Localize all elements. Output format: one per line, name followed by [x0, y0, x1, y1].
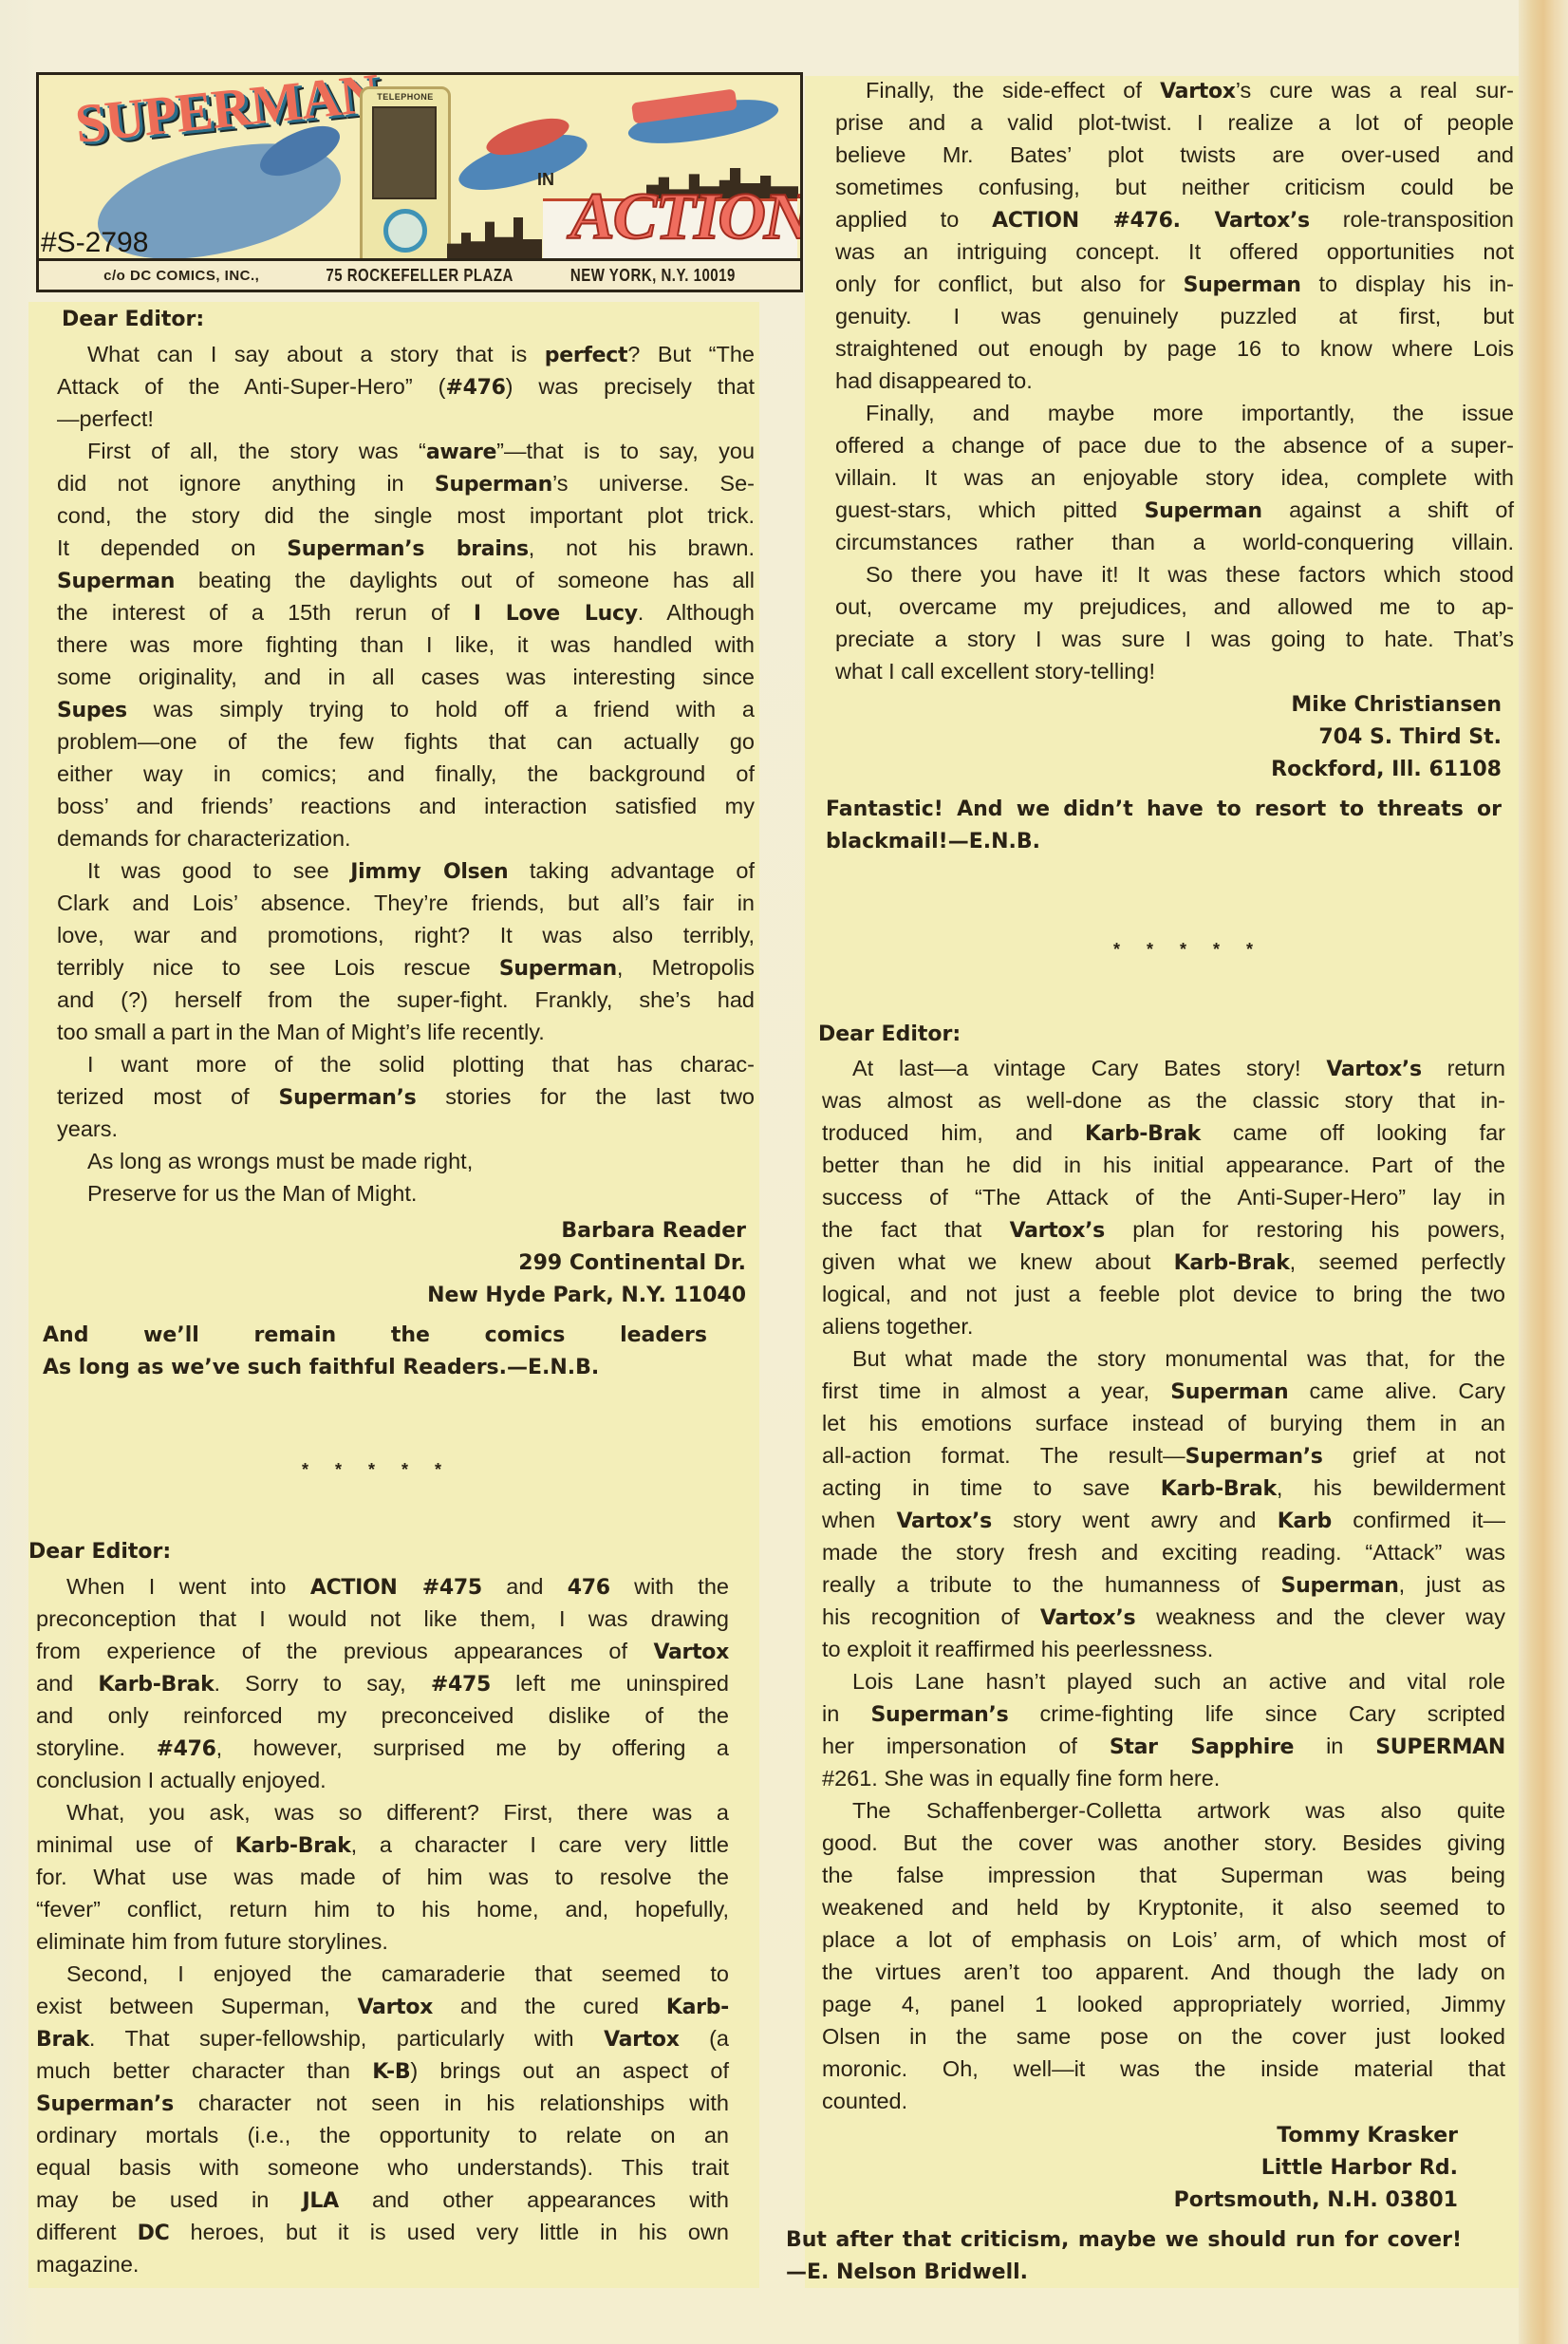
signature-line: New Hyde Park, N.Y. 11040	[252, 1282, 746, 1310]
editor-reply-line: —E. Nelson Bridwell.	[786, 2259, 1462, 2287]
letter1-line: Clark and Lois’ absence. They’re friends…	[57, 889, 755, 917]
letter3-line: At last—a vintage Cary Bates story! Vart…	[852, 1054, 1505, 1082]
separator-stars: *****	[302, 1460, 587, 1480]
editor-reply-line: blackmail!—E.N.B.	[826, 828, 1502, 856]
letter3-line: the fact that Vartox’s plan for restorin…	[822, 1215, 1505, 1244]
letter2-cont-line: offered a change of pace due to the abse…	[835, 431, 1514, 459]
salutation: Dear Editor:	[28, 1538, 408, 1566]
letter3-line: the false impression that Superman was b…	[822, 1861, 1505, 1889]
letter2-line: much better character than K-B) brings o…	[36, 2056, 729, 2085]
letter2-cont-line: had disappeared to.	[835, 366, 1514, 395]
letter2-line: from experience of the previous appearan…	[36, 1637, 729, 1665]
signature-line: Tommy Krasker	[964, 2122, 1458, 2150]
letter1-line: What can I say about a story that is per…	[87, 340, 755, 368]
letter2-cont-line: Finally, and maybe more importantly, the…	[866, 399, 1514, 427]
letter1-line: Superman beating the daylights out of so…	[57, 566, 755, 594]
letter3-line: logical, and not just a feeble plot devi…	[822, 1280, 1505, 1308]
letter1-line: Supes was simply trying to hold off a fr…	[57, 695, 755, 723]
letter3-line: moronic. Oh, well—it was the inside mate…	[822, 2054, 1505, 2083]
page-spine	[1519, 0, 1568, 2344]
publisher-name: c/o DC COMICS, INC.,	[103, 268, 259, 284]
letter2-cont-line: prise and a valid plot-twist. I realize …	[835, 108, 1514, 137]
letter3-line: the virtues aren’t too apparent. And tho…	[822, 1958, 1505, 1986]
letter2-line: minimal use of Karb-Brak, a character I …	[36, 1830, 729, 1859]
editor-reply-line: Fantastic! And we didn’t have to resort …	[826, 796, 1502, 824]
letter3-line: let his emotions surface instead of bury…	[822, 1409, 1505, 1437]
letter1-line: did not ignore anything in Superman’s un…	[57, 469, 755, 497]
letter2-line: exist between Superman, Vartox and the c…	[36, 1992, 729, 2020]
letter2-cont-line: Finally, the side-effect of Vartox’s cur…	[866, 76, 1514, 104]
letter2-cont-line: what I call excellent story-telling!	[835, 657, 1514, 685]
letter3-line: page 4, panel 1 looked appropriately wor…	[822, 1990, 1505, 2018]
letter1-line: First of all, the story was “aware”—that…	[87, 437, 755, 465]
letter2-line: eliminate him from future storylines.	[36, 1927, 729, 1956]
letter3-line: place a lot of emphasis on Lois’ arm, of…	[822, 1925, 1505, 1954]
letter2-line: and only reinforced my preconceived disl…	[36, 1701, 729, 1730]
signature-line: Barbara Reader	[252, 1217, 746, 1246]
letter1-line: love, war and promotions, right? It was …	[57, 921, 755, 949]
publisher-city: NEW YORK, N.Y. 10019	[570, 266, 736, 285]
letter2-cont-line: preciate a story I was sure I was going …	[835, 625, 1514, 653]
skyline-lower	[447, 217, 542, 261]
letter1-line: years.	[57, 1115, 755, 1143]
letter1-line: some originality, and in all cases was i…	[57, 663, 755, 691]
separator-stars: *****	[1113, 940, 1398, 960]
letter1-line: cond, the story did the single most impo…	[57, 501, 755, 530]
letter2-cont-line: villain. It was an enjoyable story idea,…	[835, 463, 1514, 492]
action-logo: ACTION	[570, 179, 803, 255]
letter2-line: magazine.	[36, 2250, 729, 2278]
salutation: Dear Editor:	[818, 1021, 1198, 1049]
signature-line: Mike Christiansen	[1008, 691, 1502, 720]
letter2-cont-line: circumstances rather than a world-conque…	[835, 528, 1514, 556]
letter2-cont-line: applied to ACTION #476. Vartox’s role-tr…	[835, 205, 1514, 234]
letter2-cont-line: only for conflict, but also for Superman…	[835, 270, 1514, 298]
letter3-line: But what made the story monumental was t…	[852, 1344, 1505, 1373]
letter2-cont-line: genuity. I was genuinely puzzled at firs…	[835, 302, 1514, 330]
letter3-line: better than he did in his initial appear…	[822, 1151, 1505, 1179]
letter2-cont-line: was an intriguing concept. It offered op…	[835, 237, 1514, 266]
letter2-line: When I went into ACTION #475 and 476 wit…	[66, 1572, 729, 1601]
letter3-line: weakened and held by Kryptonite, it also…	[822, 1893, 1505, 1922]
letter1-line: boss’ and friends’ reactions and interac…	[57, 792, 755, 820]
letter3-line: all-action format. The result—Superman’s…	[822, 1441, 1505, 1470]
letter1-line: either way in comics; and finally, the b…	[57, 759, 755, 788]
header-artwork: SUPERMAN TELEPHONE IN ACTION #S-2798	[39, 75, 800, 261]
letter3-line: his recognition of Vartox’s weakness and…	[822, 1603, 1505, 1631]
signature-line: Little Harbor Rd.	[964, 2154, 1458, 2183]
letter1-line: there was more fighting than I like, it …	[57, 630, 755, 659]
letter1-line: It depended on Superman’s brains, not hi…	[57, 534, 755, 562]
letter2-line: may be used in JLA and other appearances…	[36, 2185, 729, 2214]
editor-reply-line: As long as we’ve such faithful Readers.—…	[43, 1354, 707, 1382]
booth-dial	[383, 209, 427, 253]
letter1-line: demands for characterization.	[57, 824, 755, 853]
letter3-line: when Vartox’s story went awry and Karb c…	[822, 1506, 1505, 1534]
signature-line: Rockford, Ill. 61108	[1008, 756, 1502, 784]
letter3-line: acting in time to save Karb-Brak, his be…	[822, 1473, 1505, 1502]
publisher-address: c/o DC COMICS, INC., 75 ROCKEFELLER PLAZ…	[39, 258, 800, 290]
letter3-line: first time in almost a year, Superman ca…	[822, 1377, 1505, 1405]
letter2-cont-line: out, overcame my prejudices, and allowed…	[835, 592, 1514, 621]
letter2-cont-line: believe Mr. Bates’ plot twists are over-…	[835, 141, 1514, 169]
letter1-line: the interest of a 15th rerun of I Love L…	[57, 598, 755, 627]
letter3-line: aliens together.	[822, 1312, 1505, 1341]
letter3-line: given what we knew about Karb-Brak, seem…	[822, 1247, 1505, 1276]
letter3-line: good. But the cover was another story. B…	[822, 1828, 1505, 1857]
letter3-line: success of “The Attack of the Anti-Super…	[822, 1183, 1505, 1211]
header-code: #S-2798	[41, 227, 148, 259]
letter2-line: What, you ask, was so different? First, …	[66, 1798, 729, 1827]
editor-reply-line: And we’ll remain the comics leaders	[43, 1322, 707, 1350]
letter1-line: It was good to see Jimmy Olsen taking ad…	[87, 856, 755, 885]
letter1-line: —perfect!	[57, 404, 755, 433]
letter3-line: Olsen in the same pose on the cover just…	[822, 2022, 1505, 2051]
publisher-street: 75 ROCKEFELLER PLAZA	[326, 266, 513, 285]
letter2-line: Superman’s character not seen in his rel…	[36, 2089, 729, 2117]
letter3-line: in Superman’s crime-fighting life since …	[822, 1699, 1505, 1728]
letter1-line: terized most of Superman’s stories for t…	[57, 1082, 755, 1111]
letter2-line: for. What use was made of him was to res…	[36, 1863, 729, 1891]
letter2-line: conclusion I actually enjoyed.	[36, 1766, 729, 1794]
letter2-line: and Karb-Brak. Sorry to say, #475 left m…	[36, 1669, 729, 1697]
signature-line: Portsmouth, N.H. 03801	[964, 2186, 1458, 2215]
letter3-line: Lois Lane hasn’t played such an active a…	[852, 1667, 1505, 1696]
letter2-cont-line: straightened out enough by page 16 to kn…	[835, 334, 1514, 363]
booth-sign: TELEPHONE	[363, 92, 448, 102]
letter3-line: to exploit it reaffirmed his peerlessnes…	[822, 1635, 1505, 1663]
letter2-cont-line: guest-stars, which pitted Superman again…	[835, 496, 1514, 524]
letter2-line: ordinary mortals (i.e., the opportunity …	[36, 2121, 729, 2149]
telephone-booth: TELEPHONE	[360, 86, 451, 267]
letter2-line: Brak. That super-fellowship, particularl…	[36, 2024, 729, 2053]
letter3-line: her impersonation of Star Sapphire in SU…	[822, 1732, 1505, 1760]
letter1-line: As long as wrongs must be made right,	[87, 1147, 755, 1175]
letter3-line: #261. She was in equally fine form here.	[822, 1764, 1505, 1792]
letter1-line: Preserve for us the Man of Might.	[87, 1179, 755, 1208]
letter1-line: problem—one of the few fights that can a…	[57, 727, 755, 756]
letter2-cont-line: sometimes confusing, but neither critici…	[835, 173, 1514, 201]
salutation: Dear Editor:	[62, 306, 441, 334]
letter1-line: Attack of the Anti-Super-Hero” (#476) wa…	[57, 372, 755, 401]
letter3-line: was almost as well-done as the classic s…	[822, 1086, 1505, 1115]
letter3-line: made the story fresh and exciting readin…	[822, 1538, 1505, 1566]
letter2-line: storyline. #476, however, surprised me b…	[36, 1734, 729, 1762]
booth-window	[372, 106, 437, 199]
letter2-line: preconception that I would not like them…	[36, 1604, 729, 1633]
letter3-line: counted.	[822, 2087, 1505, 2115]
letter2-line: equal basis with someone who understands…	[36, 2153, 729, 2182]
letter2-line: “fever” conflict, return him to his home…	[36, 1895, 729, 1923]
letter3-line: really a tribute to the humanness of Sup…	[822, 1570, 1505, 1599]
signature-line: 704 S. Third St.	[1008, 723, 1502, 752]
letter2-line: Second, I enjoyed the camaraderie that s…	[66, 1960, 729, 1988]
letter1-line: too small a part in the Man of Might’s l…	[57, 1018, 755, 1046]
letter1-line: terribly nice to see Lois rescue Superma…	[57, 953, 755, 982]
letter3-line: troduced him, and Karb-Brak came off loo…	[822, 1118, 1505, 1147]
letter2-line: different DC heroes, but it is used very…	[36, 2218, 729, 2246]
signature-line: 299 Continental Dr.	[252, 1249, 746, 1278]
letter2-cont-line: So there you have it! It was these facto…	[866, 560, 1514, 589]
letter1-line: and (?) herself from the super-fight. Fr…	[57, 985, 755, 1014]
in-label: IN	[537, 170, 554, 190]
letter3-line: The Schaffenberger-Colletta artwork was …	[852, 1796, 1505, 1825]
editor-reply-line: But after that criticism, maybe we shoul…	[786, 2226, 1462, 2255]
letter1-line: I want more of the solid plotting that h…	[87, 1050, 755, 1078]
letters-column-header: SUPERMAN TELEPHONE IN ACTION #S-2798 c/o…	[36, 72, 803, 292]
